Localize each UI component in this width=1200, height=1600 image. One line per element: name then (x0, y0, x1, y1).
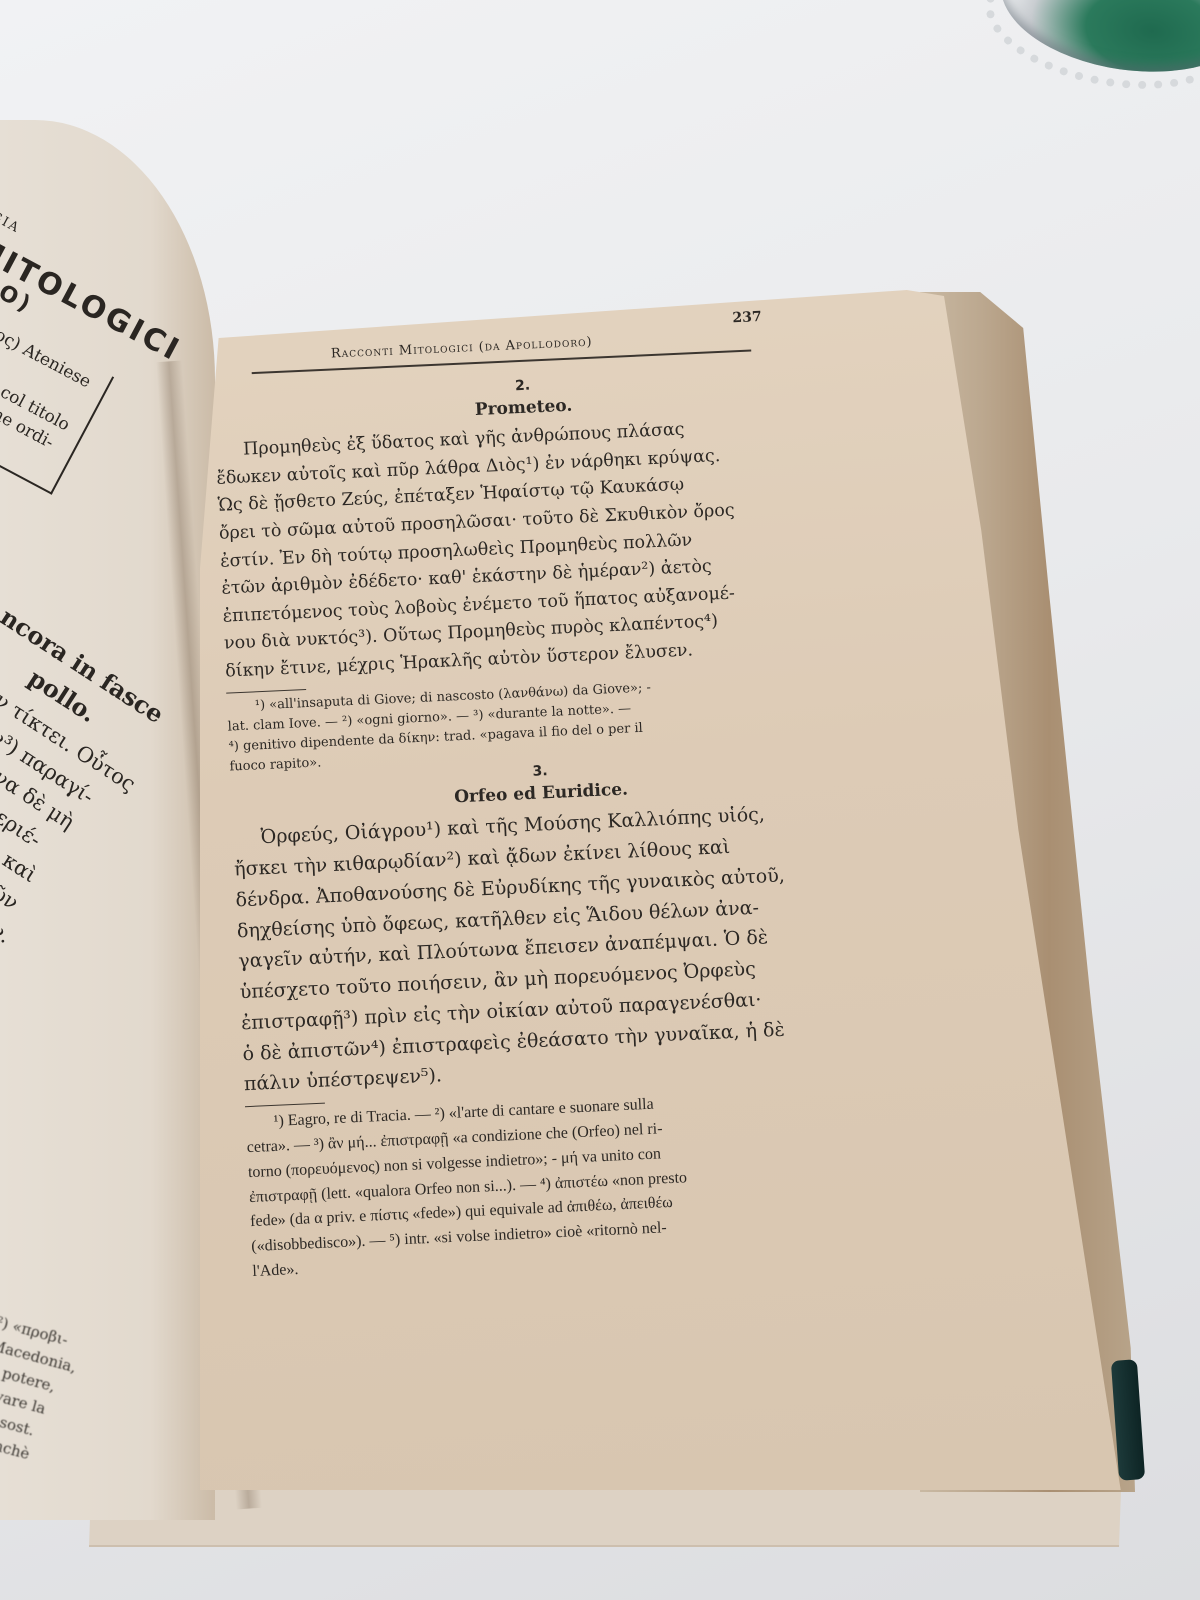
right-page-content: Racconti Mitologici (da Apollodoro) 237 … (210, 308, 872, 1285)
greek-passage: Ὀρφεύς, Οἰάγρου¹) καὶ τῆς Μούσης Καλλιόπ… (232, 796, 864, 1101)
footnote-rule (245, 1103, 325, 1108)
left-footnotes: ²) «προβι- Macedonia, e; potere, ovvare … (0, 1310, 87, 1472)
running-head-title: Racconti Mitologici (da Apollodoro) (331, 335, 593, 362)
greek-passage: Προμηθεὺς ἐξ ὕδατος καὶ γῆς ἀνθρώπους πλ… (215, 410, 846, 687)
page-number: 237 (732, 309, 762, 326)
footnote-rule (226, 689, 306, 694)
silver-tray-rim (975, 0, 1200, 107)
left-page-header: GIA MITOLOGICI DORO) πολλόδωρος) Atenies… (0, 190, 190, 512)
footnotes: ¹) Eagro, re di Tracia. — ²) «l'arte di … (245, 1083, 872, 1285)
left-page: GIA MITOLOGICI DORO) πολλόδωρος) Atenies… (0, 120, 215, 1520)
left-section: ncora in fasce pollo. Ἑρμῆν τίκτει. Οὗτο… (0, 590, 185, 1183)
